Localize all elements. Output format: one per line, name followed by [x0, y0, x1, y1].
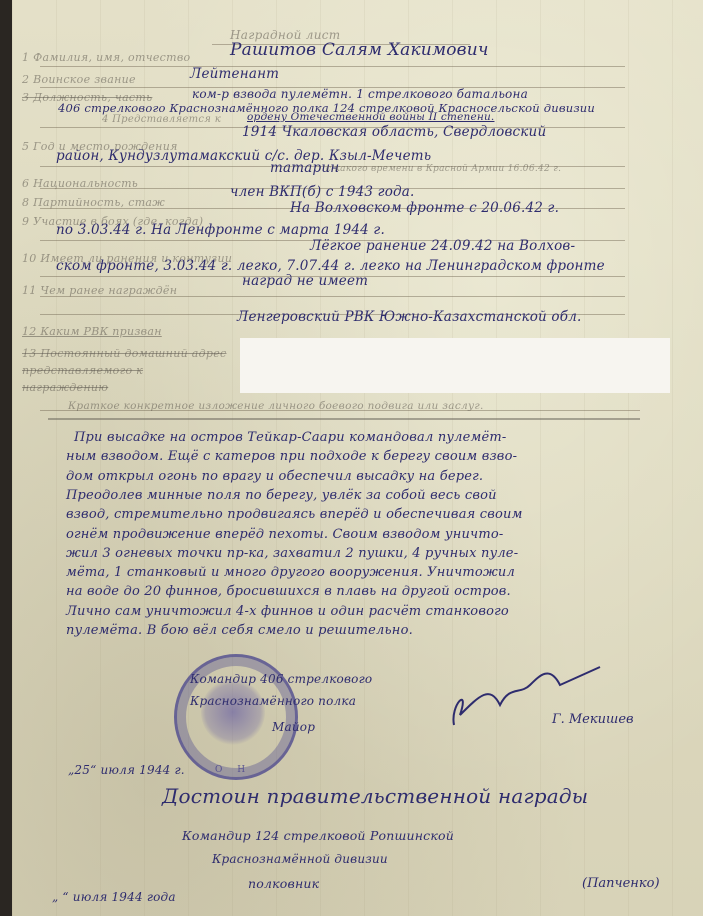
- field-5-value-line2: район, Кундузлутамакский с/с. дер. Кзыл-…: [56, 148, 431, 164]
- field-10-value-line2: ском фронте, 3.03.44 г. легко, 7.07.44 г…: [56, 258, 605, 274]
- field-8-value: член ВКП(б) с 1943 года.: [230, 184, 415, 200]
- field-9-value: На Волховском фронте с 20.06.42 г.: [290, 200, 559, 216]
- division-date: „ “ июля 1944 года: [52, 890, 176, 904]
- narrative-line: пулемёта. В бою вёл себя смело и решител…: [66, 623, 413, 638]
- field-4-value: ордену Отечественной войны II степени.: [247, 111, 494, 123]
- commander-rank: Майор: [272, 720, 315, 734]
- field-12-label: 12 Каким РВК призван: [22, 325, 162, 338]
- redacted-address: [240, 338, 670, 393]
- narrative-line: дом открыл огонь по врагу и обеспечил вы…: [66, 469, 483, 484]
- division-rank: полковник: [248, 876, 319, 891]
- field-2-label: 2 Воинское звание: [22, 73, 136, 86]
- field-2-value: Лейтенант: [190, 66, 279, 82]
- commander-title-line2: Краснознамённого полка: [190, 694, 356, 708]
- field-3-value: ком-р взвода пулемётн. 1 стрелкового бат…: [192, 87, 528, 101]
- field-7-extra: с какого времени в Красной Армии 16.06.4…: [326, 164, 561, 174]
- field-10-value: Лёгкое ранение 24.09.42 на Волхов-: [310, 238, 575, 254]
- division-title-line2: Краснознамённой дивизии: [212, 852, 388, 866]
- narrative-line: При высадке на остров Тейкар-Саари коман…: [74, 430, 507, 445]
- narrative-line: Преодолев минные поля по берегу, увлёк з…: [66, 488, 497, 503]
- field-5-value: 1914 Чкаловская область, Свердловский: [242, 124, 546, 140]
- commander-signature-name: Г. Мекишев: [552, 712, 634, 727]
- narrative-line: мёта, 1 станковый и много другого вооруж…: [66, 565, 515, 580]
- division-signature-name: (Папченко): [582, 876, 660, 891]
- conclusion: Достоин правительственной награды: [162, 784, 588, 808]
- field-13-label: 13 Постоянный домашний адрес представляе…: [22, 345, 232, 396]
- narrative-line: ным взводом. Ещё с катеров при подходе к…: [66, 449, 517, 464]
- narrative-line: Лично сам уничтожил 4-х финнов и один ра…: [66, 604, 509, 619]
- field-11-value: наград не имеет: [242, 273, 368, 289]
- division-title-line1: Командир 124 стрелковой Ропшинской: [182, 828, 454, 843]
- narrative-line: жил 3 огневых точки пр-ка, захватил 2 пу…: [66, 546, 518, 561]
- commander-date: „25“ июля 1944 г.: [68, 763, 185, 777]
- field-4-label: 4 Представляется к: [102, 114, 221, 125]
- field-12-value: Ленгеровский РВК Южно-Казахстанской обл.: [237, 309, 582, 325]
- field-9-value-line2: по 3.03.44 г. На Ленфронте с марта 1944 …: [56, 222, 385, 238]
- narrative-line: взвод, стремительно продвигаясь вперёд и…: [66, 507, 523, 522]
- field-1-value: Рашитов Салям Хакимович: [230, 40, 489, 60]
- award-sheet: Наградной лист 1 Фамилия, имя, отчество …: [12, 0, 703, 916]
- stamp-letters: О Н: [215, 765, 251, 775]
- field-1-label: 1 Фамилия, имя, отчество: [22, 51, 190, 64]
- narrative-line: на воде до 20 финнов, бросившихся в плав…: [66, 584, 511, 599]
- stamp-emblem: [201, 679, 265, 745]
- commander-title-line1: Командир 406 стрелкового: [190, 672, 372, 686]
- narrative-line: огнём продвижение вперёд пехоты. Своим в…: [66, 527, 503, 542]
- section-heading: Краткое конкретное изложение личного бое…: [68, 400, 484, 412]
